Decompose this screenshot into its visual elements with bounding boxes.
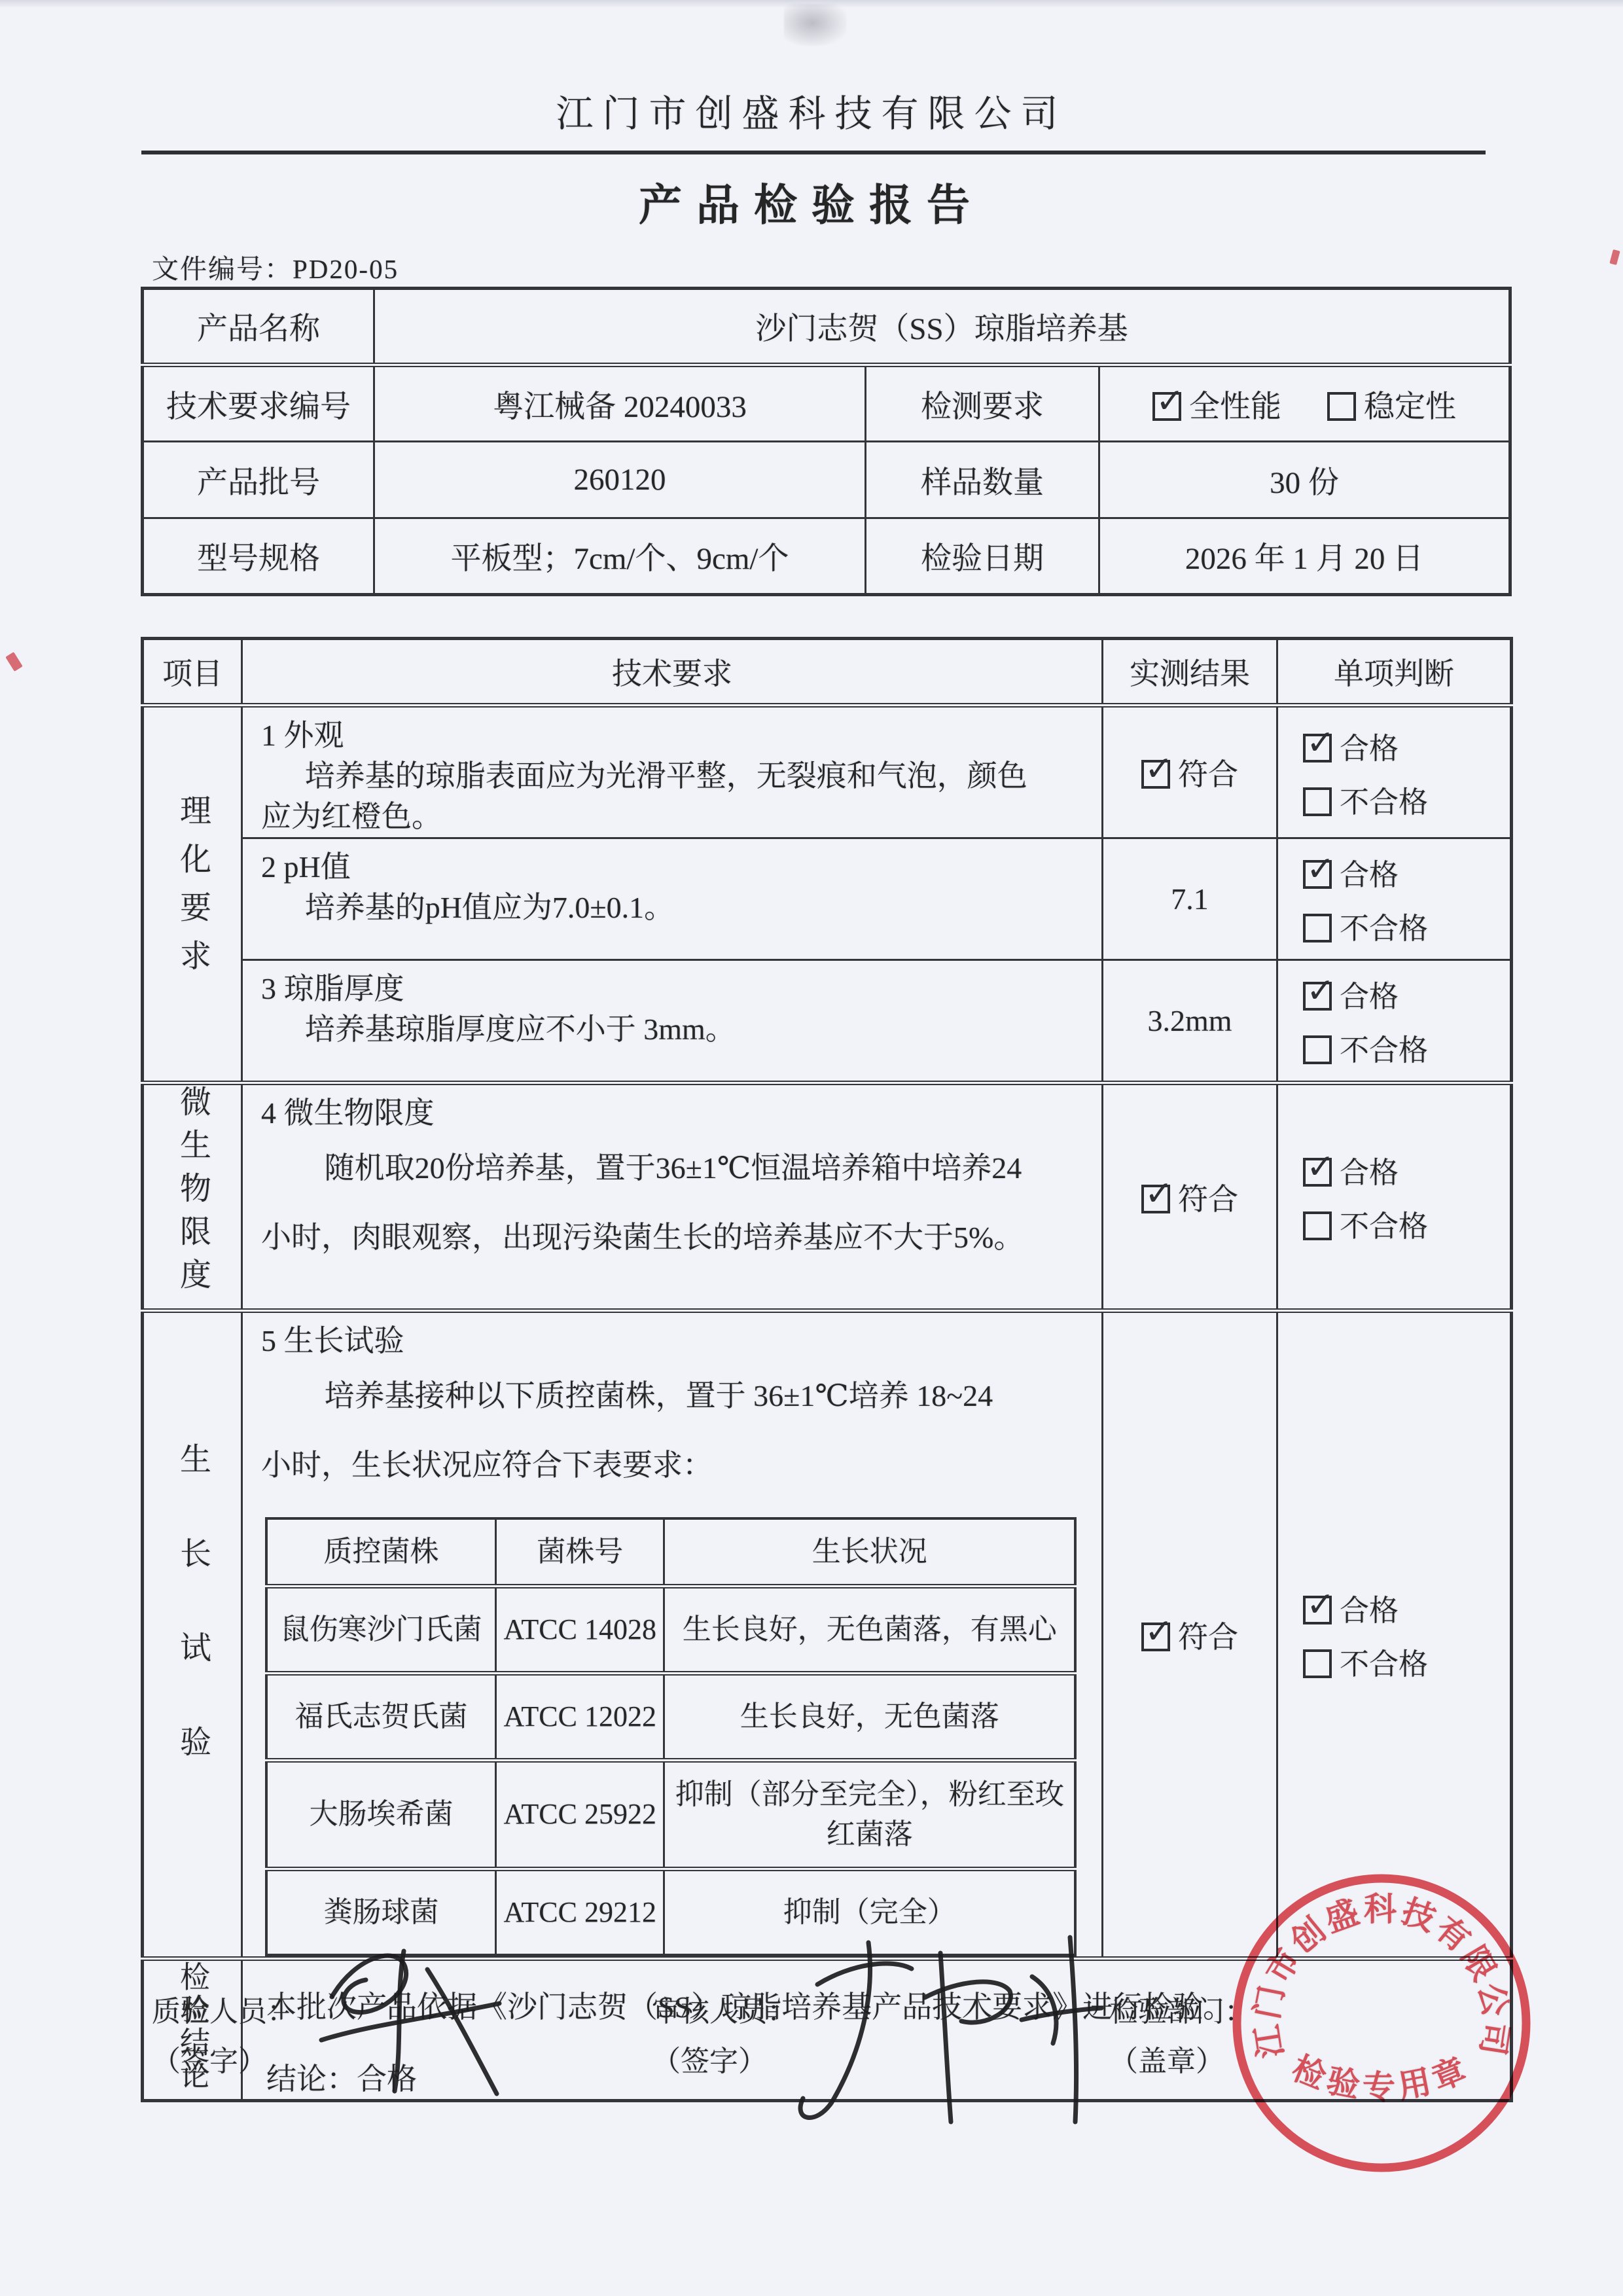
result-text: 符合 [1178, 758, 1238, 791]
judgment-fail-line: 不合格 [1303, 1640, 1509, 1683]
strain-number: ATCC 14028 [496, 1586, 664, 1673]
seal-bottom-text: 检验专用章 [1287, 2049, 1476, 2106]
req-agar-thickness: 3 琼脂厚度 培养基琼脂厚度应不小于 3mm。 [242, 960, 1103, 1083]
strain-col-number: 菌株号 [496, 1518, 664, 1586]
scan-artifact-red-speck-left [5, 652, 22, 672]
result-appearance: 符合 [1103, 706, 1277, 838]
model-spec-label: 型号规格 [143, 518, 374, 595]
group-label-physicochemical: 理化要求 [143, 706, 242, 1083]
reviewer-block: 审核人员： （签字） [652, 1987, 796, 2087]
row-growth-test: 生长试验 5 生长试验 培养基接种以下质控菌株，置于 36±1℃培养 18~24… [143, 1311, 1512, 1958]
judgment-fail-line: 不合格 [1303, 778, 1509, 821]
judgment-pass-label: 合格 [1340, 859, 1399, 891]
judgment-pass-label: 合格 [1340, 1594, 1399, 1627]
qc-sign-hint: （签字） [152, 2037, 296, 2087]
strain-row: 大肠埃希菌 ATCC 25922 抑制（部分至完全），粉红至玫红菌落 [266, 1760, 1075, 1869]
req-micro-desc: 随机取20份培养基，置于36±1℃恒温培养箱中培养24小时，肉眼观察，出现污染菌… [261, 1134, 1043, 1272]
report-page: 江门市创盛科技有限公司 产品检验报告 文件编号：PD20-05 产品名称 沙门志… [0, 0, 1623, 2296]
checkbox-fail-unchecked [1303, 914, 1332, 942]
row-appearance: 理化要求 1 外观 培养基的琼脂表面应为光滑平整，无裂痕和气泡，颜色应为红橙色。… [143, 706, 1512, 838]
req-title: 外观 [284, 719, 344, 752]
batch-no-value: 260120 [374, 442, 866, 518]
checkbox-conform-checked [1141, 760, 1170, 789]
judgment-fail-line: 不合格 [1303, 905, 1509, 947]
option-full-performance: 全性能 [1152, 390, 1281, 424]
col-header-requirement: 技术要求 [242, 639, 1103, 706]
test-req-label: 检测要求 [866, 365, 1099, 442]
judgment-fail-line: 不合格 [1303, 1026, 1509, 1069]
doc-number-label: 文件编号： [152, 254, 293, 284]
req-agar-title: 3 琼脂厚度 [261, 969, 1043, 1009]
strain-number: ATCC 25922 [496, 1760, 664, 1869]
req-agar-desc: 培养基琼脂厚度应不小于 3mm。 [261, 1009, 1043, 1050]
req-growth-title: 5 生长试验 [261, 1321, 1043, 1361]
result-growth-test: 符合 [1103, 1311, 1277, 1958]
req-no: 4 [261, 1096, 276, 1130]
req-micro-title: 4 微生物限度 [261, 1093, 1043, 1134]
judgment-fail-line: 不合格 [1303, 1202, 1509, 1245]
scan-artifact-red-speck-right [1609, 249, 1620, 265]
req-appearance-desc: 培养基的琼脂表面应为光滑平整，无裂痕和气泡，颜色应为红橙色。 [261, 756, 1043, 837]
result-text: 符合 [1178, 1621, 1238, 1654]
checkbox-pass-checked [1303, 860, 1332, 889]
row-ph: 2 pH值 培养基的pH值应为7.0±0.1。 7.1 合格 不合格 [143, 838, 1512, 960]
req-growth-desc: 培养基接种以下质控菌株，置于 36±1℃培养 18~24 小时，生长状况应符合下… [261, 1361, 994, 1500]
reviewer-label: 审核人员： [652, 1987, 796, 2037]
row-microbial-limit: 微生物限度 4 微生物限度 随机取20份培养基，置于36±1℃恒温培养箱中培养2… [143, 1083, 1512, 1311]
req-title: pH值 [284, 850, 351, 884]
judgment-agar-thickness: 合格 不合格 [1277, 960, 1512, 1083]
req-no: 3 [261, 972, 276, 1005]
judgment-fail-label: 不合格 [1340, 1210, 1428, 1243]
title-divider [141, 151, 1486, 154]
judgment-pass-line: 合格 [1303, 973, 1509, 1015]
req-title: 生长试验 [284, 1324, 404, 1357]
option-stability: 稳定性 [1327, 390, 1456, 424]
test-req-options: 全性能稳定性 [1099, 365, 1510, 442]
strain-growth-status: 生长良好，无色菌落 [664, 1673, 1075, 1760]
strain-growth-status: 生长良好，无色菌落，有黑心 [664, 1586, 1075, 1673]
product-info-table: 产品名称 沙门志贺（SS）琼脂培养基 技术要求编号 粤江械备 20240033 … [141, 287, 1512, 596]
table-row: 技术要求编号 粤江械备 20240033 检测要求 全性能稳定性 [143, 365, 1510, 442]
table-row: 产品名称 沙门志贺（SS）琼脂培养基 [143, 289, 1510, 365]
strain-number: ATCC 12022 [496, 1673, 664, 1760]
report-title: 产品检验报告 [0, 170, 1623, 232]
req-ph-desc: 培养基的pH值应为7.0±0.1。 [261, 888, 1043, 928]
table-row: 产品批号 260120 样品数量 30 份 [143, 442, 1510, 518]
doc-number-value: PD20-05 [293, 254, 399, 284]
sample-qty-label: 样品数量 [866, 442, 1099, 518]
judgment-pass-label: 合格 [1340, 1157, 1399, 1189]
inspector-signature [298, 1934, 520, 2111]
row-agar-thickness: 3 琼脂厚度 培养基琼脂厚度应不小于 3mm。 3.2mm 合格 不合格 [143, 960, 1512, 1083]
col-header-item: 项目 [143, 639, 242, 706]
judgment-pass-label: 合格 [1340, 980, 1399, 1013]
option-full-performance-label: 全性能 [1189, 390, 1281, 424]
judgment-ph: 合格 不合格 [1277, 838, 1512, 960]
judgment-fail-label: 不合格 [1340, 1648, 1428, 1681]
req-growth-test: 5 生长试验 培养基接种以下质控菌株，置于 36±1℃培养 18~24 小时，生… [242, 1311, 1103, 1958]
strain-table: 质控菌株 菌株号 生长状况 鼠伤寒沙门氏菌 ATCC 14028 生长良好，无色… [265, 1517, 1077, 1956]
strain-col-growth: 生长状况 [664, 1518, 1075, 1586]
strain-number: ATCC 29212 [496, 1869, 664, 1955]
batch-no-label: 产品批号 [143, 442, 374, 518]
judgment-pass-label: 合格 [1340, 732, 1399, 765]
model-spec-value: 平板型；7cm/个、9cm/个 [374, 518, 866, 595]
judgment-growth-test: 合格 不合格 [1277, 1311, 1512, 1958]
sample-qty-value: 30 份 [1099, 442, 1510, 518]
checkbox-conform-checked [1141, 1623, 1170, 1651]
tech-req-no-value: 粤江械备 20240033 [374, 365, 866, 442]
req-appearance-title: 1 外观 [261, 715, 1043, 756]
strain-growth-status: 抑制（部分至完全），粉红至玫红菌落 [664, 1760, 1075, 1869]
strain-name: 福氏志贺氏菌 [266, 1673, 496, 1760]
result-microbial-limit: 符合 [1103, 1083, 1277, 1311]
checkbox-pass-checked [1303, 734, 1332, 762]
result-text: 符合 [1178, 1183, 1238, 1216]
judgment-fail-label: 不合格 [1340, 912, 1428, 945]
judgment-pass-line: 合格 [1303, 1149, 1509, 1191]
strain-name: 鼠伤寒沙门氏菌 [266, 1586, 496, 1673]
req-no: 2 [261, 850, 276, 884]
req-microbial-limit: 4 微生物限度 随机取20份培养基，置于36±1℃恒温培养箱中培养24小时，肉眼… [242, 1083, 1103, 1311]
strain-table-header: 质控菌株 菌株号 生长状况 [266, 1518, 1075, 1586]
judgment-fail-label: 不合格 [1340, 1034, 1428, 1067]
checkbox-fail-unchecked [1303, 1649, 1332, 1678]
inspection-table-header: 项目 技术要求 实测结果 单项判断 [143, 639, 1512, 706]
test-date-label: 检验日期 [866, 518, 1099, 595]
inspection-seal: 江门市创盛科技有限公司 检验专用章 [1228, 1869, 1535, 2177]
qc-signer-block: 质检人员： （签字） [152, 1987, 296, 2087]
checkbox-pass-checked [1303, 982, 1332, 1011]
checkbox-pass-checked [1303, 1596, 1332, 1624]
company-name: 江门市创盛科技有限公司 [0, 84, 1623, 137]
req-ph-title: 2 pH值 [261, 847, 1043, 888]
judgment-pass-line: 合格 [1303, 725, 1509, 767]
req-title: 微生物限度 [284, 1096, 435, 1130]
req-appearance: 1 外观 培养基的琼脂表面应为光滑平整，无裂痕和气泡，颜色应为红橙色。 [242, 706, 1103, 838]
product-name-label: 产品名称 [143, 289, 374, 365]
test-date-value: 2026 年 1 月 20 日 [1099, 518, 1510, 595]
checkbox-stability-unchecked [1327, 392, 1356, 421]
judgment-appearance: 合格 不合格 [1277, 706, 1512, 838]
checkbox-fail-unchecked [1303, 1211, 1332, 1240]
checkbox-fail-unchecked [1303, 1035, 1332, 1064]
checkbox-conform-checked [1141, 1185, 1170, 1213]
tech-req-no-label: 技术要求编号 [143, 365, 374, 442]
req-ph: 2 pH值 培养基的pH值应为7.0±0.1。 [242, 838, 1103, 960]
group-label-growth-test: 生长试验 [143, 1311, 242, 1958]
checkbox-fail-unchecked [1303, 787, 1332, 816]
scan-artifact-top-smudge [784, 4, 847, 46]
col-header-result: 实测结果 [1103, 639, 1277, 706]
doc-number: 文件编号：PD20-05 [152, 247, 399, 286]
judgment-pass-line: 合格 [1303, 1587, 1509, 1629]
req-no: 5 [261, 1324, 276, 1357]
req-title: 琼脂厚度 [284, 972, 404, 1005]
result-agar-thickness: 3.2mm [1103, 960, 1277, 1083]
judgment-fail-label: 不合格 [1340, 786, 1428, 819]
product-name-value: 沙门志贺（SS）琼脂培养基 [374, 289, 1510, 365]
group-label-microbial-limit: 微生物限度 [143, 1083, 242, 1311]
checkbox-full-performance-checked [1152, 392, 1181, 421]
qc-signer-label: 质检人员： [152, 1987, 296, 2037]
strain-row: 鼠伤寒沙门氏菌 ATCC 14028 生长良好，无色菌落，有黑心 [266, 1586, 1075, 1673]
judgment-microbial-limit: 合格 不合格 [1277, 1083, 1512, 1311]
checkbox-pass-checked [1303, 1158, 1332, 1187]
strain-name: 大肠埃希菌 [266, 1760, 496, 1869]
option-stability-label: 稳定性 [1364, 390, 1456, 424]
strain-row: 福氏志贺氏菌 ATCC 12022 生长良好，无色菌落 [266, 1673, 1075, 1760]
reviewer-sign-hint: （签字） [652, 2037, 796, 2087]
judgment-pass-line: 合格 [1303, 851, 1509, 893]
col-header-judgment: 单项判断 [1277, 639, 1512, 706]
result-ph: 7.1 [1103, 838, 1277, 960]
reviewer-signature [776, 1916, 1109, 2132]
req-no: 1 [261, 719, 276, 752]
table-row: 型号规格 平板型；7cm/个、9cm/个 检验日期 2026 年 1 月 20 … [143, 518, 1510, 595]
strain-col-strain: 质控菌株 [266, 1518, 496, 1586]
